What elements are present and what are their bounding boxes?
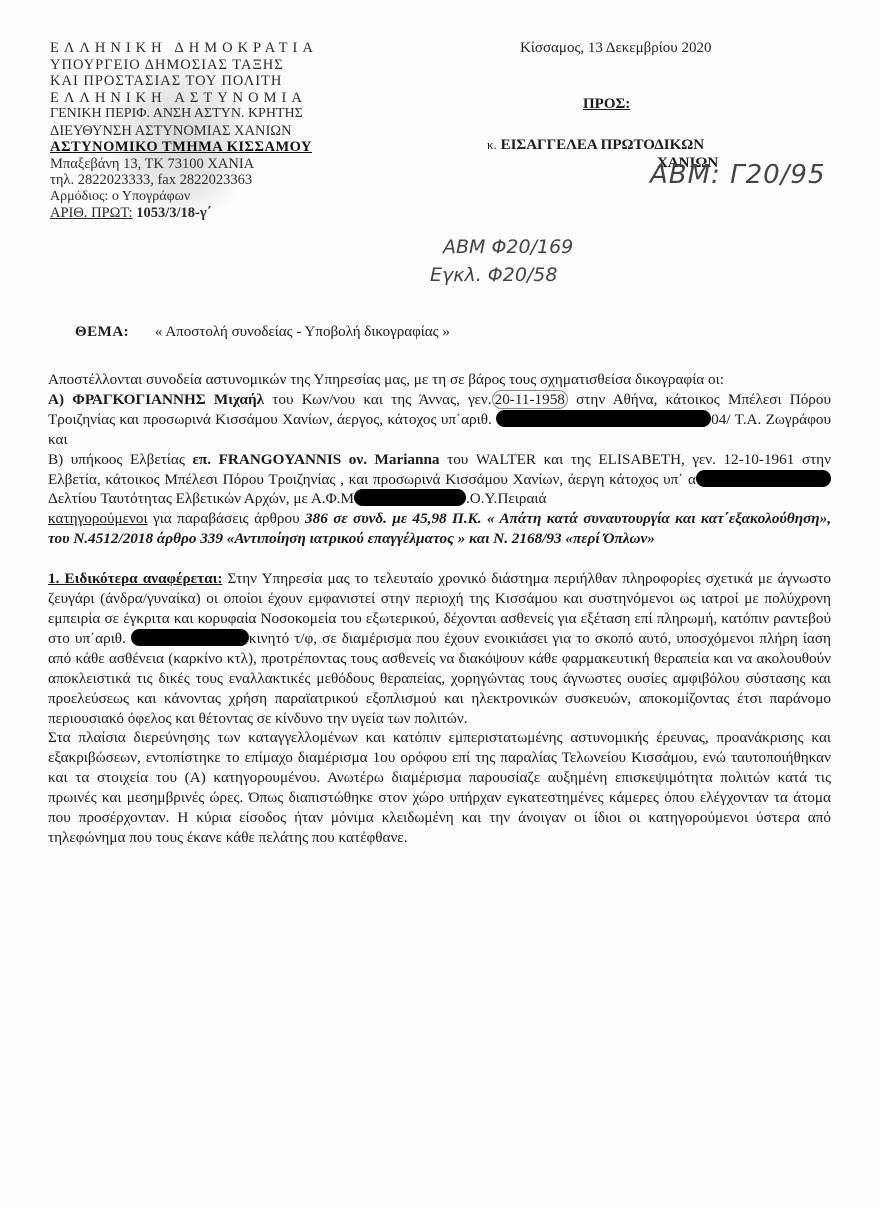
letterhead: ΕΛΛΗΝΙΚΗ ΔΗΜΟΚΡΑΤΙΑ ΥΠΟΥΡΓΕΙΟ ΔΗΜΟΣΙΑΣ Τ… [50,40,430,222]
item-prefix: Α) [48,391,64,408]
protocol-value: 1053/3/18-γ΄ [136,205,211,221]
charges-paragraph: κατηγορούμενοι για παραβάσεις άρθρου 386… [48,509,831,549]
section-heading: 1. Ειδικότερα αναφέρεται: [48,570,222,587]
section1-paragraph2: Στα πλαίσια διερεύνησης των καταγγελλομέ… [48,728,831,847]
accused-a: Α) ΦΡΑΓΚΟΓΙΑΝΝΗΣ Μιχαήλ του Κων/νου και … [48,390,831,450]
letterhead-line: ΕΛΛΗΝΙΚΗ ΑΣΤΥΝΟΜΙΑ [50,90,430,107]
document-date: Κίσσαμος, 13 Δεκεμβρίου 2020 [520,40,711,57]
letterhead-line: ΕΛΛΗΝΙΚΗ ΔΗΜΟΚΡΑΤΙΑ [50,40,430,57]
document-page: ΕΛΛΗΝΙΚΗ ΔΗΜΟΚΡΑΤΙΑ ΥΠΟΥΡΓΕΙΟ ΔΗΜΟΣΙΑΣ Τ… [0,0,880,1208]
document-body: Αποστέλλονται συνοδεία αστυνομικών της Υ… [48,370,831,848]
protocol-number: ΑΡΙΘ. ΠΡΩΤ: 1053/3/18-γ΄ [50,205,430,222]
redaction-bar [496,410,711,427]
charges-text: για παραβάσεις άρθρου [148,510,305,527]
intro-paragraph: Αποστέλλονται συνοδεία αστυνομικών της Υ… [48,370,831,390]
to-label: ΠΡΟΣ: [583,96,630,113]
accused-b: Β) υπήκοος Ελβετίας επ. FRANGOYANNIS ον.… [48,450,831,510]
protocol-label: ΑΡΙΘ. ΠΡΩΤ: [50,205,133,221]
letterhead-line: ΓΕΝΙΚΗ ΠΕΡΙΦ. ΑΝΣΗ ΑΣΤΥΝ. ΚΡΗΤΗΣ [50,106,430,123]
section1-paragraph1: 1. Ειδικότερα αναφέρεται: Στην Υπηρεσία … [48,569,831,728]
redaction-bar [131,629,249,646]
accused-name: ΦΡΑΓΚΟΓΙΑΝΝΗΣ Μιχαήλ [72,391,264,408]
responsible-line: Αρμόδιος: ο Υπογράφων [50,189,430,206]
date-of-birth: 20-11-1958 [492,390,568,409]
subject-line: ΘΕΜΑ: « Αποστολή συνοδείας - Υποβολή δικ… [75,324,450,341]
redaction-bar [354,489,466,506]
handwritten-note: ΑΒΜ Φ20/169 [443,236,573,258]
letterhead-line: ΔΙΕΥΘΥΝΣΗ ΑΣΤΥΝΟΜΙΑΣ ΧΑΝΙΩΝ [50,123,430,140]
letterhead-line: ΚΑΙ ΠΡΟΣΤΑΣΙΑΣ ΤΟΥ ΠΟΛΙΤΗ [50,73,430,90]
accused-details: του Κων/νου και της Άννας, γεν. [264,391,492,408]
handwritten-note: ΑΒΜ: Γ20/95 [650,160,826,190]
phone-line: τηλ. 2822023333, fax 2822023363 [50,172,430,189]
address-line: Μπαξεβάνη 13, ΤΚ 73100 ΧΑΝΙΑ [50,156,430,173]
item-prefix: Β) [48,451,63,468]
letterhead-line: ΥΠΟΥΡΓΕΙΟ ΔΗΜΟΣΙΑΣ ΤΑΞΗΣ [50,57,430,74]
charges-lead: κατηγορούμενοι [48,510,148,527]
accused-name: επ. FRANGOYANNIS ον. Marianna [192,451,439,468]
recipient-line1: ΕΙΣΑΓΓΕΛΕΑ ΠΡΩΤΟΔΙΚΩΝ [501,137,705,153]
subject-label: ΘΕΜΑ: [75,324,129,340]
subject-text: « Αποστολή συνοδείας - Υποβολή δικογραφί… [155,324,450,340]
handwritten-note: Εγκλ. Φ20/58 [430,264,557,286]
police-station-name: ΑΣΤΥΝΟΜΙΚΟ ΤΜΗΜΑ ΚΙΣΣΑΜΟΥ [50,139,430,156]
accused-details: Δελτίου Ταυτότητας Ελβετικών Αρχών, με Α… [48,490,354,507]
recipient-prefix: κ. [487,137,497,152]
accused-details: .Ο.Υ.Πειραιά [466,490,546,507]
redaction-bar [696,470,831,487]
nationality: υπήκοος Ελβετίας [63,451,192,468]
